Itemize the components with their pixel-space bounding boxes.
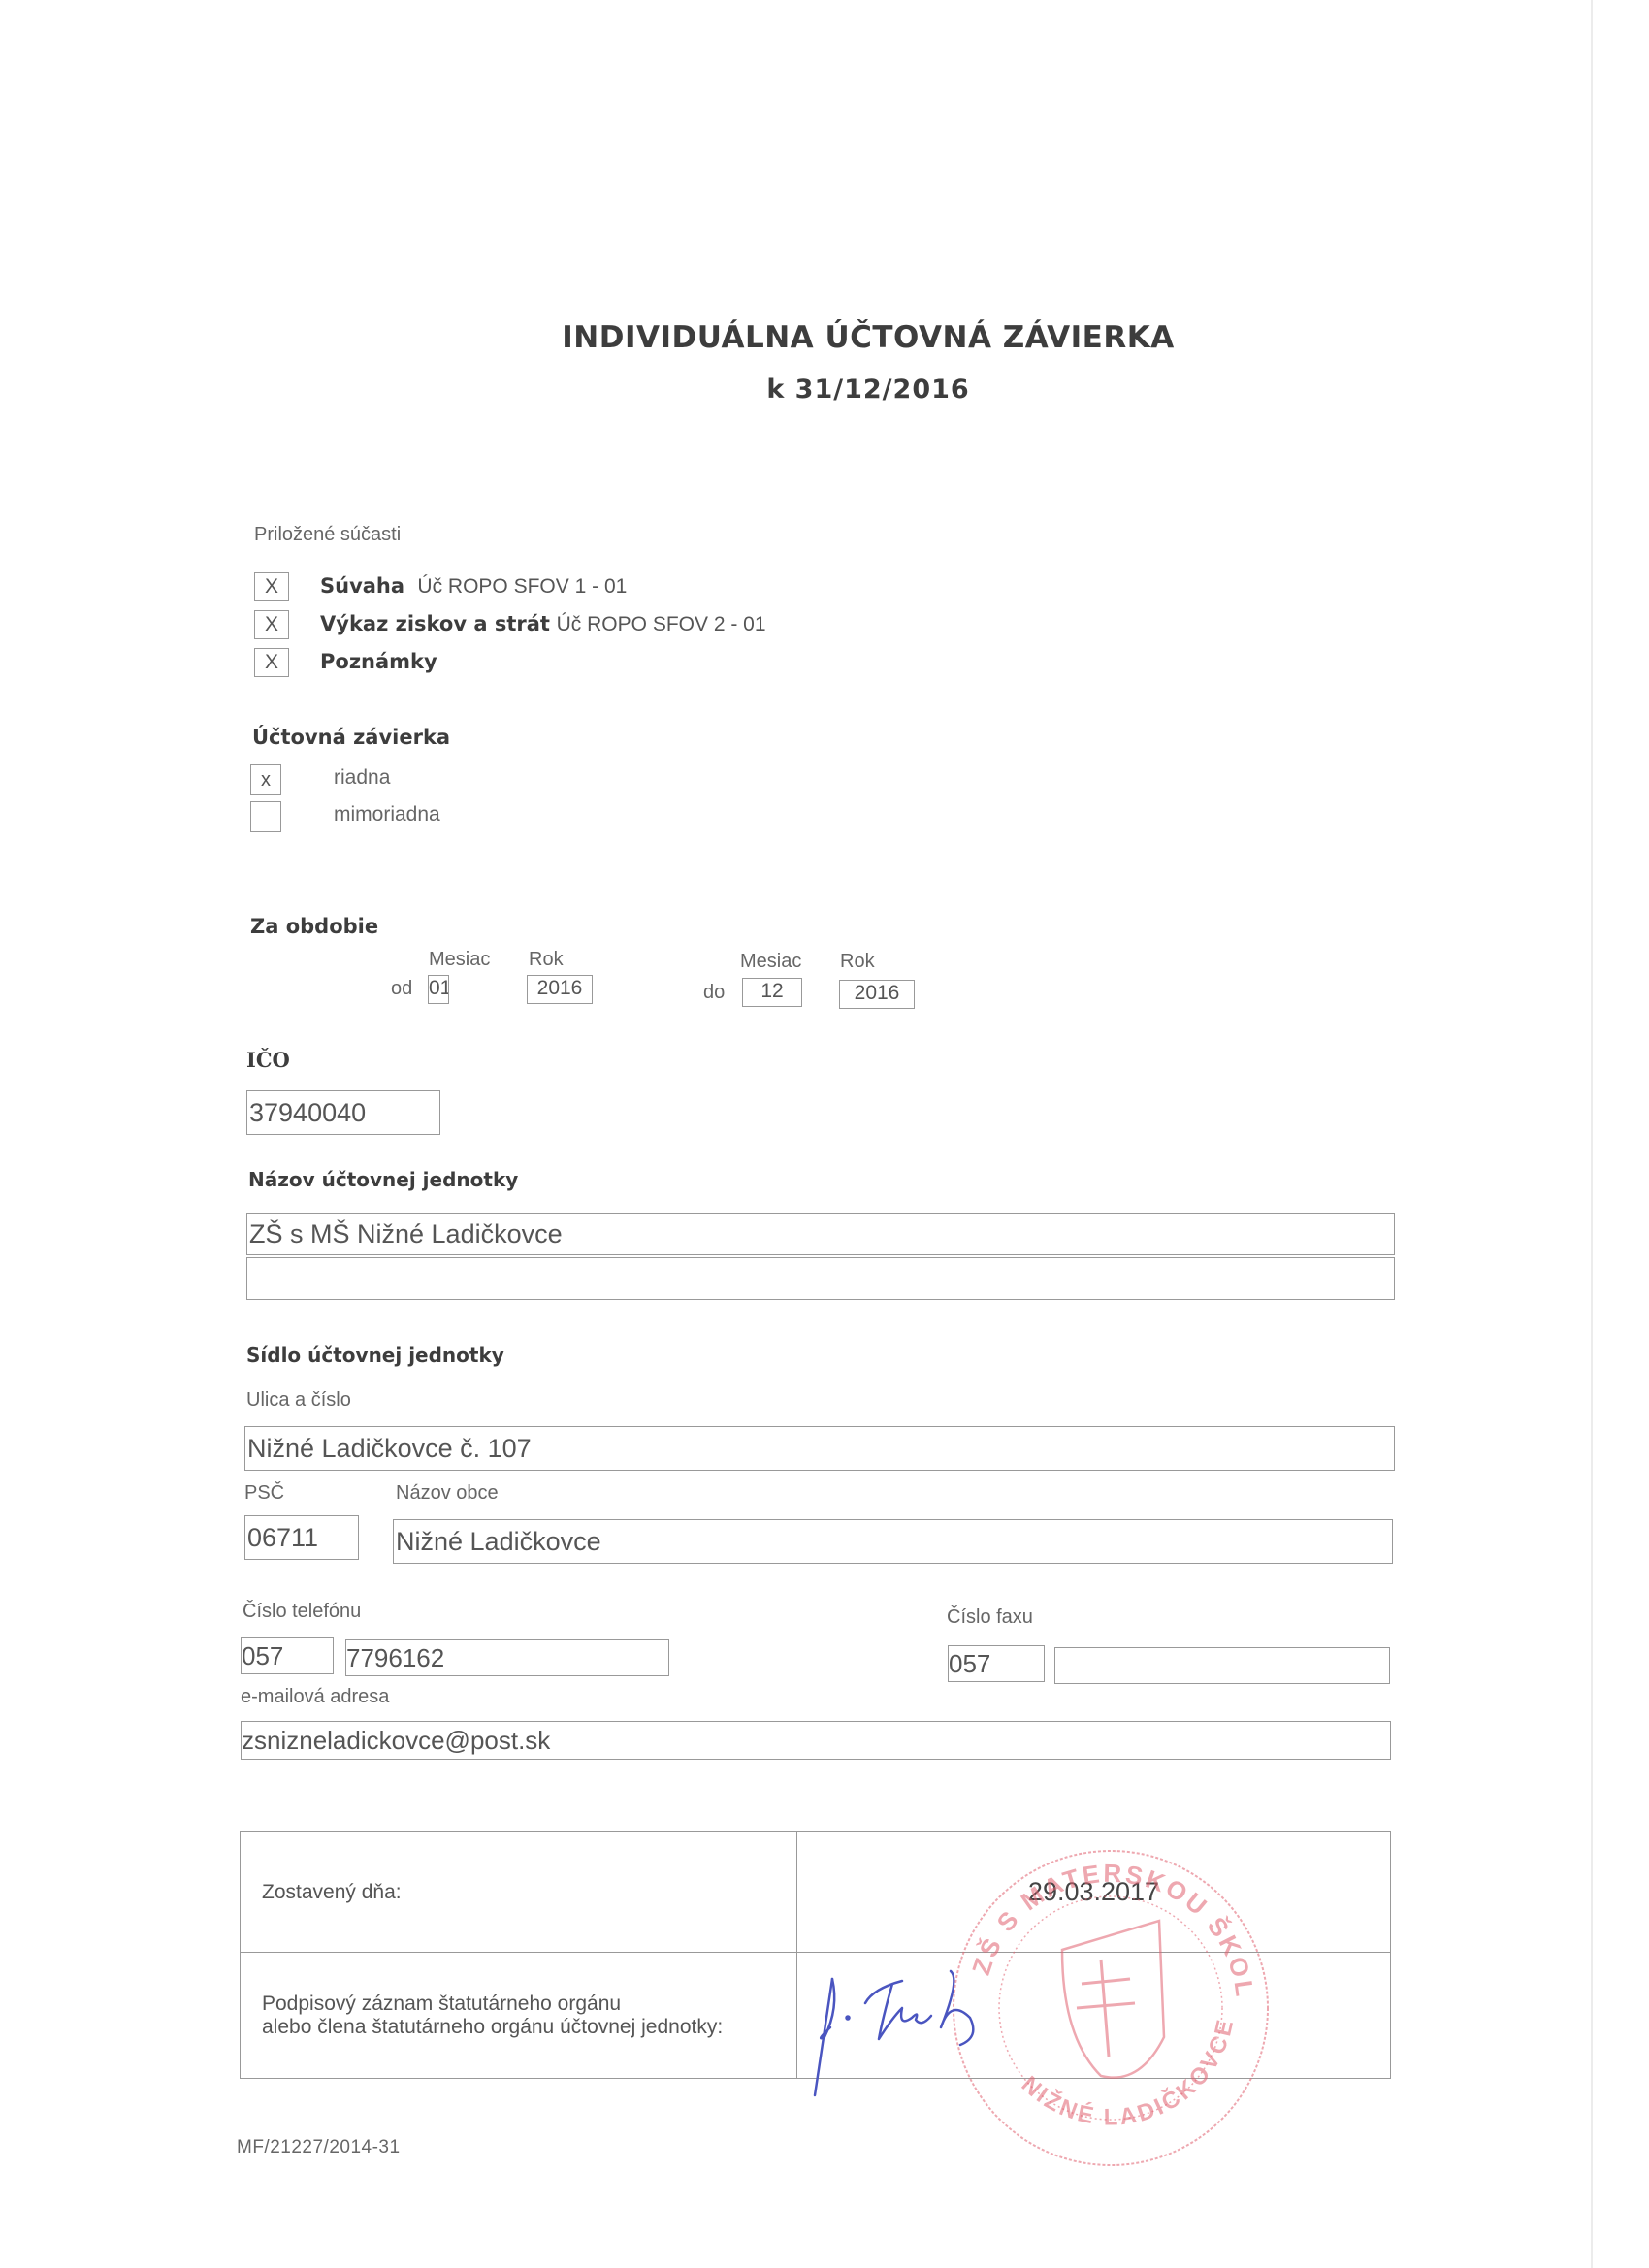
psc-label: PSČ (244, 1482, 284, 1505)
phone-prefix-field[interactable]: 057 (241, 1637, 334, 1674)
attachment-code: Úč ROPO SFOV 2 - 01 (557, 613, 766, 635)
checkbox-poznamky[interactable]: X (254, 648, 289, 677)
attachment-name: Súvaha (320, 574, 404, 598)
attachment-name: Výkaz ziskov a strát (320, 612, 550, 635)
phone-label: Číslo telefónu (242, 1601, 361, 1623)
ico-label: IČO (246, 1048, 290, 1072)
fax-label: Číslo faxu (947, 1606, 1033, 1629)
attachment-poznamky: Poznámky (320, 650, 437, 673)
handwritten-signature-icon (805, 1960, 1067, 2105)
phone-number-field[interactable]: 7796162 (345, 1639, 669, 1676)
signature-label: Podpisový záznam štatutárneho orgánu ale… (241, 1953, 797, 2079)
document-title: INDIVIDUÁLNA ÚČTOVNÁ ZÁVIERKA (0, 320, 1649, 355)
option-riadna: riadna (334, 766, 390, 790)
checkbox-mimoriadna[interactable] (250, 801, 281, 832)
address-heading: Sídlo účtovnej jednotky (246, 1344, 504, 1367)
fax-prefix-field[interactable]: 057 (948, 1645, 1045, 1682)
street-field[interactable]: Nižné Ladičkovce č. 107 (244, 1426, 1395, 1471)
from-month-field[interactable]: 01 (428, 975, 449, 1004)
checkbox-riadna[interactable]: x (250, 764, 281, 795)
city-field[interactable]: Nižné Ladičkovce (393, 1519, 1393, 1564)
checkbox-suvaha[interactable]: X (254, 572, 289, 601)
from-year-field[interactable]: 2016 (527, 975, 593, 1004)
option-mimoriadna: mimoriadna (334, 803, 440, 826)
compiled-date-label: Zostavený dňa: (241, 1832, 797, 1953)
attachment-code: Úč ROPO SFOV 1 - 01 (417, 575, 627, 598)
attachment-suvaha: Súvaha Úč ROPO SFOV 1 - 01 (320, 574, 627, 599)
entity-name-field-line2[interactable] (246, 1257, 1395, 1300)
form-code: MF/21227/2014-31 (237, 2137, 401, 2158)
fax-number-field[interactable] (1054, 1647, 1390, 1684)
ico-field[interactable]: 37940040 (246, 1090, 440, 1135)
psc-field[interactable]: 06711 (244, 1515, 359, 1560)
attachment-name: Poznámky (320, 650, 437, 673)
to-year-label: Rok (840, 951, 875, 973)
email-label: e-mailová adresa (241, 1686, 389, 1708)
street-label: Ulica a číslo (246, 1389, 351, 1411)
from-label: od (391, 978, 412, 1000)
to-label: do (703, 982, 725, 1004)
city-label: Názov obce (396, 1482, 499, 1505)
to-year-field[interactable]: 2016 (839, 980, 915, 1009)
email-field[interactable]: zsnizneladickovce@post.sk (241, 1721, 1391, 1760)
document-date: k 31/12/2016 (0, 374, 1649, 405)
entity-name-field-line1[interactable]: ZŠ s MŠ Nižné Ladičkovce (246, 1213, 1395, 1255)
to-month-label: Mesiac (740, 951, 801, 973)
signature-label-line2: alebo člena štatutárneho orgánu účtovnej… (262, 2016, 795, 2039)
entity-name-label: Názov účtovnej jednotky (248, 1168, 518, 1191)
attachment-vykaz: Výkaz ziskov a strát Úč ROPO SFOV 2 - 01 (320, 612, 766, 636)
period-heading: Za obdobie (250, 915, 378, 938)
checkbox-vykaz[interactable]: X (254, 610, 289, 639)
signature-label-line1: Podpisový záznam štatutárneho orgánu (262, 1993, 795, 2016)
to-month-field[interactable]: 12 (742, 978, 802, 1007)
attachments-heading: Priložené súčasti (254, 524, 401, 546)
from-month-label: Mesiac (429, 949, 490, 971)
closing-type-heading: Účtovná závierka (252, 726, 450, 749)
from-year-label: Rok (529, 949, 564, 971)
